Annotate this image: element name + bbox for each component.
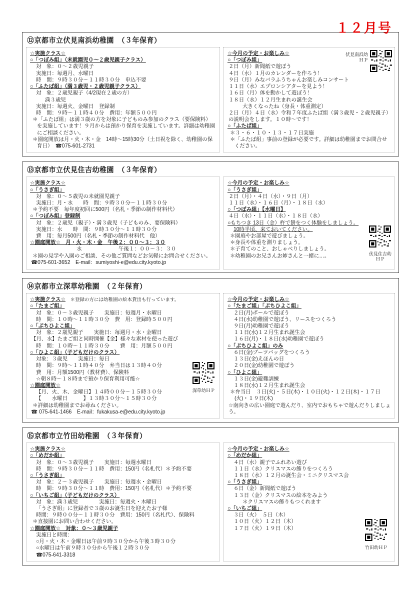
schedule-box: ☆今月の予定・お楽しみ☆○「めだか組」４日（水）親子でふれあい遊び１１日（水）ク…	[223, 443, 395, 562]
section-fushimi-minamihama: ⑫京都市立伏見南浜幼稚園 （３年保育） ☆実施クラス☆○「つぼみ組」（未就園児０…	[22, 32, 399, 157]
text-line: 対 象：２歳児親子（4/2現在２歳の方）	[30, 90, 215, 97]
text-line: ○「ぷちひよこ組」のみ	[227, 343, 391, 350]
text-line: ○「たまご組」	[30, 303, 215, 310]
qr-label: 深草幼ＨＰ	[192, 386, 215, 393]
schedule-box: ☆今月の予定・お楽しみ☆○「つぼみ組」２日（月）新聞紙で遊ぼう４日（水）１月のカ…	[223, 47, 395, 153]
text-line: ２０日(金)幼稚園で遊ぼう	[227, 363, 391, 370]
text-line: ２日(月)ボールで遊ぼう	[227, 310, 391, 317]
text-line: 時 間：９時３０分～１１時 費用：150円（名札代）＊予約不要	[30, 486, 215, 493]
text-line: ○「めだか組」	[227, 453, 391, 460]
text-line: ○「ひよこ組」	[227, 369, 391, 376]
text-line: ○「ふたば組」	[227, 123, 391, 130]
text-line: ＊「ふたば組」は満３歳の方を対象に子どものみ参加のクラス（要保険料）を実施してい…	[30, 117, 215, 137]
section-takeda: ⑮京都市立竹田幼稚園 （３年保育） ☆実施クラス☆○「めだか組」対 象：０～３歳…	[22, 428, 399, 566]
qr-code-icon	[365, 519, 387, 541]
text-line: ○「うさぎ組」	[227, 187, 391, 194]
qr-label: 伏見南浜幼 ＨＰ	[345, 50, 368, 63]
text-line: ○「めだか組」	[30, 453, 215, 460]
text-line: ☆今月の予定・お楽しみ☆	[227, 180, 391, 187]
text-line: ☎075-601-3652 E-mail：sumiyoshi-e@edu.cit…	[30, 259, 215, 266]
text-line: ○「うさぎ組」	[30, 187, 215, 194]
text-line: ６日（金）新聞紙で遊ぼう	[227, 486, 391, 493]
text-line: ＊園の見学や入園のご相談、その他ご質問などお気軽にお問合せください。	[30, 253, 215, 260]
text-line: ☆南向きの広い園庭で遊んだり、室内でおもちゃで遊んだりしましょう。	[227, 402, 391, 415]
section-fushimi-sumiyoshi: ⑬京都市立伏見住吉幼稚園 （３年保育） ☆実施クラス☆○「うさぎ組」対 象：０～…	[22, 162, 399, 273]
text-line: 対 象：２歳児（親子）・満３歳児（子どものみ、要保険料）	[30, 220, 215, 227]
text-line: ＊弁当日 ３日(火)・５日(木)・１０日(火)・１２日(木)・１７日(火)・１９…	[227, 389, 391, 402]
text-line: 対 象：０～３歳児親子 実施日：毎週水曜日	[30, 459, 215, 466]
text-line: 【 水曜日 】１３時３０分～１５時３０分	[30, 396, 215, 403]
text-line: 水 午後１：００～３：３０	[30, 246, 215, 253]
qr-block: 深草幼ＨＰ	[192, 362, 215, 393]
text-line: ○「いちご組」（子どもだけのクラス）	[30, 492, 215, 499]
text-line: １３日（金）クリスマスの絵本をみよう	[227, 492, 391, 499]
text-line: ４日（水）親子でふれあい遊び	[227, 459, 391, 466]
text-line: 対 象：０～２歳児親子	[30, 64, 215, 71]
section-title: ⑮京都市立竹田幼稚園 （３年保育）	[27, 431, 395, 441]
text-line: ４日(水)幼稚園で遊ぼう、リースをつくろう	[227, 316, 391, 323]
classes-box: ☆実施クラス☆○「めだか組」対 象：０～３歳児親子 実施日：毎週水曜日時 間：９…	[26, 443, 219, 562]
text-line: １８日（水）１２月生まれの誕生会	[227, 97, 391, 104]
text-line: ＊３・６・１０・１３・１７日実施	[227, 130, 391, 137]
classes-box: ☆実施クラス☆ ＊登録の方には幼稚園の絵本貸出も行っています。○「たまご組」対 …	[26, 293, 219, 419]
qr-label: 竹田幼ＨＰ	[365, 543, 388, 550]
text-line: ☆園庭開放☆ 対象：０～３歳児親子	[30, 525, 215, 532]
text-line: ２日（月）４日（水）令和７年度ふたば組（満３歳児・２歳児親子）の説明会をします。…	[227, 110, 391, 123]
section-title: ⑬京都市立伏見住吉幼稚園 （３年保育）	[27, 165, 395, 175]
text-line: 【月、水】たまご組と同時開催【金】様々な素材を使った遊び	[30, 336, 215, 343]
qr-label: 伏見住吉幼 ＨＰ	[369, 249, 392, 262]
section-title: ⑭京都市立深草幼稚園 （２年保育）	[27, 281, 395, 291]
text-line: １１日（水）クリスマスの飾りをつくろう	[227, 466, 391, 473]
text-line: ２日（月）・４日（水）・９日（月）	[227, 193, 391, 200]
text-line: 満３歳児	[30, 97, 215, 104]
qr-block: 伏見住吉幼 ＨＰ	[369, 225, 392, 262]
text-line: 対 象：０～３歳児親子 実施日：毎週月・水曜日	[30, 310, 215, 317]
qr-code-icon	[369, 225, 391, 247]
text-line: 時 間：１０時～１１時３０分 費 用：月額５００円	[30, 343, 215, 350]
schedule-box: ☆今月の予定・お楽しみ☆○「たまご組」「ぷちひよこ組」２日(月)ボールで遊ぼう４…	[223, 293, 395, 419]
issue-label: １２月号	[336, 18, 392, 37]
text-line: ＊「ふたば組」事前の登録が必要です。詳細は幼稚園までお問合せください。	[227, 136, 391, 149]
text-line: 大きくなったね（身長・体重測定）	[227, 103, 391, 110]
qr-block: 伏見南浜幼 ＨＰ	[345, 50, 392, 72]
text-line: １３日(金)避難訓練	[227, 376, 391, 383]
text-line: 実施日：毎週火、金曜日 登録制	[30, 103, 215, 110]
text-line: ＊詳細は幼稚園までお尋ねください。	[30, 402, 215, 409]
newsletter-page: １２月号 ⑫京都市立伏見南浜幼稚園 （３年保育） ☆実施クラス☆○「つぼみ組」（…	[0, 0, 420, 594]
text-line: １６日（月）体を動かして遊ぼう！	[227, 90, 391, 97]
text-line: ☆朝８時～１８時まで預かり保育利用可能☆	[30, 376, 215, 383]
section-fukakusa: ⑭京都市立深草幼稚園 （２年保育） ☆実施クラス☆ ＊登録の方には幼稚園の絵本貸…	[22, 278, 399, 422]
text-line: ４日（水）・１１日（水）・１８日（水）	[227, 213, 391, 220]
qr-code-icon	[370, 50, 392, 72]
text-line: １６日(月)・１８日(水)幼稚園で遊ぼう	[227, 336, 391, 343]
classes-box: ☆実施クラス☆○「つぼみ組」（未就園児０～２歳児親子クラス）対 象：０～２歳児親…	[26, 47, 219, 153]
text-line: 時 間：１０時～１１時３０分 費 用：登録時５００円	[30, 316, 215, 323]
text-line: ☎ 075-641-1466 E-mail：fukakusa-e@edu.cit…	[30, 409, 215, 416]
text-line: ○「つぼみ組」登録制	[30, 213, 215, 220]
text-line: 時 間：９時３０分～１１時 費用：150円（名札代）＊予約不要	[30, 466, 215, 473]
text-line: 費 用：月額1500円（教材費）、保険料	[30, 369, 215, 376]
text-line: ○「たまご組」「ぷちひよこ組」	[227, 303, 391, 310]
text-line: ＊子育てのこと、おしゃべりしましょう。	[227, 246, 391, 253]
schedule-box: ☆今月の予定・お楽しみ☆○「うさぎ組」２日（月）・４日（水）・９日（月）１１日（…	[223, 177, 395, 270]
section-title: ⑫京都市立伏見南浜幼稚園 （３年保育）	[27, 35, 395, 45]
text-line: ☎075-641-3318	[30, 552, 215, 559]
qr-block: 竹田幼ＨＰ	[365, 519, 388, 550]
text-line: ＊園庭開放は月・火・木・金 14時～15時30分（土日祝を除く、幼稚園の保育日）…	[30, 136, 215, 149]
qr-code-icon	[193, 362, 215, 384]
text-line: ＊直接園にお問い合わせください。	[30, 519, 215, 526]
text-line: ＊幼稚園のお兄さんお姉さんと一緒に…。	[227, 253, 391, 260]
classes-box: ☆実施クラス☆○「うさぎ組」対 象：０～５歳児の未就園児親子実施日：月・水 時 …	[26, 177, 219, 270]
text-line: ○水曜日は午前９時３０分から午後１２時３０分	[30, 545, 215, 552]
text-line: 時 間：９時～１１時４０分 弁当日は１３時４０分	[30, 363, 215, 370]
text-line: ☆実施クラス☆	[30, 180, 215, 187]
text-line: 対 象：０～５歳児の未就園児親子	[30, 193, 215, 200]
inline-note: ＊登録の方には幼稚園の絵本貸出も行っています。	[66, 297, 180, 303]
text-line: ○もちつき 13日（金）杵で餅をつく体験をしましょう。	[227, 220, 391, 227]
text-line: 実施日：毎週月、水曜日	[30, 70, 215, 77]
